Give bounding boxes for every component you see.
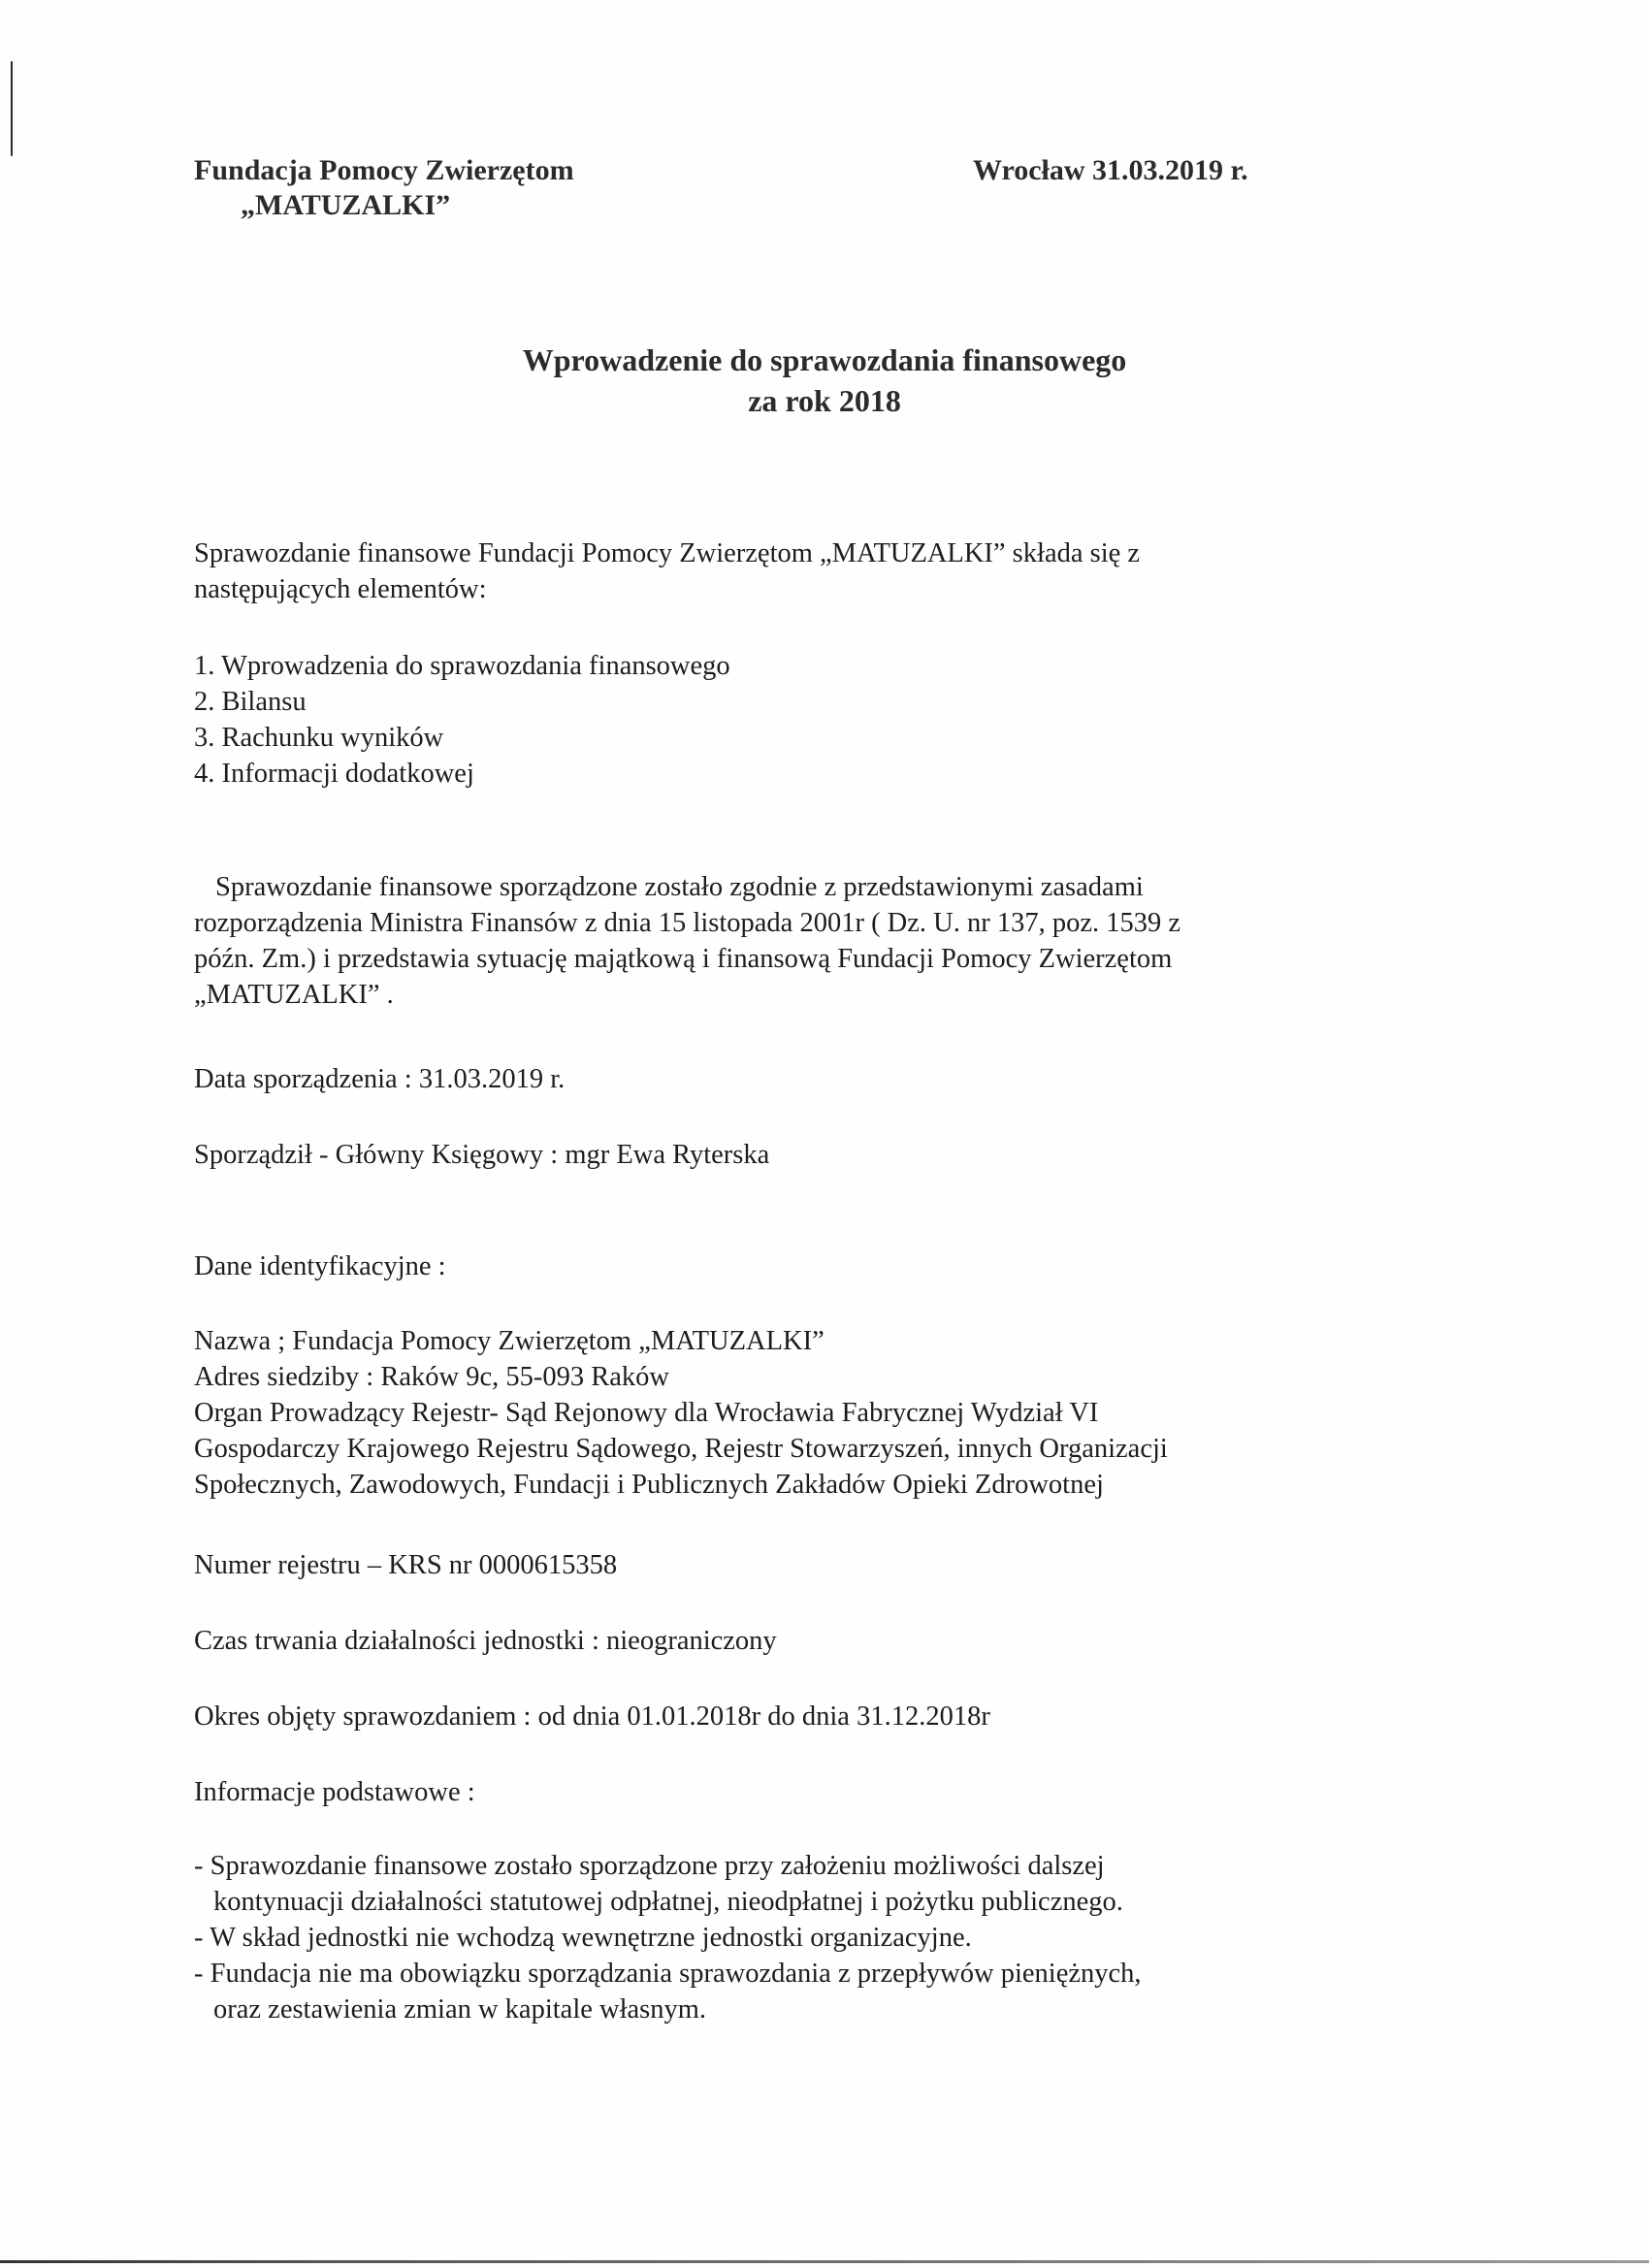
list-item: 1. Wprowadzenia do sprawozdania finansow… xyxy=(194,648,730,684)
organization-header: Fundacja Pomocy Zwierzętom „MATUZALKI” xyxy=(194,153,574,223)
intro-line-1: Sprawozdanie finansowe Fundacji Pomocy Z… xyxy=(194,535,1140,571)
identification-line: Nazwa ; Fundacja Pomocy Zwierzętom „MATU… xyxy=(194,1323,1168,1359)
compliance-paragraph: Sprawozdanie finansowe sporządzone zosta… xyxy=(194,869,1180,1013)
paragraph-line: rozporządzenia Ministra Finansów z dnia … xyxy=(194,905,1180,941)
activity-duration: Czas trwania działalności jednostki : ni… xyxy=(194,1623,777,1659)
prepared-by: Sporządził - Główny Księgowy : mgr Ewa R… xyxy=(194,1137,769,1173)
basic-info-heading: Informacje podstawowe : xyxy=(194,1774,475,1810)
list-item: 2. Bilansu xyxy=(194,684,730,720)
organization-name: Fundacja Pomocy Zwierzętom xyxy=(194,153,574,188)
bullet-item-continuation: kontynuacji działalności statutowej odpł… xyxy=(194,1884,1142,1920)
basic-info-bullets: - Sprawozdanie finansowe zostało sporząd… xyxy=(194,1848,1142,2027)
identification-line: Organ Prowadzący Rejestr- Sąd Rejonowy d… xyxy=(194,1395,1168,1431)
elements-list: 1. Wprowadzenia do sprawozdania finansow… xyxy=(194,648,730,792)
identification-line: Gospodarczy Krajowego Rejestru Sądowego,… xyxy=(194,1431,1168,1467)
prepared-date: Data sporządzenia : 31.03.2019 r. xyxy=(194,1061,565,1097)
identification-heading: Dane identyfikacyjne : xyxy=(194,1248,446,1284)
bullet-item: - Fundacja nie ma obowiązku sporządzania… xyxy=(194,1956,1142,1992)
scan-bottom-edge xyxy=(0,2260,1649,2263)
list-item: 3. Rachunku wyników xyxy=(194,720,730,756)
bullet-item: - Sprawozdanie finansowe zostało sporząd… xyxy=(194,1848,1142,1884)
reporting-period: Okres objęty sprawozdaniem : od dnia 01.… xyxy=(194,1699,990,1734)
title-line-2: za rok 2018 xyxy=(0,380,1649,421)
scanned-document-page: Fundacja Pomocy Zwierzętom „MATUZALKI” W… xyxy=(0,0,1649,2268)
intro-paragraph: Sprawozdanie finansowe Fundacji Pomocy Z… xyxy=(194,535,1140,607)
identification-details: Nazwa ; Fundacja Pomocy Zwierzętom „MATU… xyxy=(194,1323,1168,1503)
intro-line-2: następujących elementów: xyxy=(194,571,1140,607)
paragraph-line: Sprawozdanie finansowe sporządzone zosta… xyxy=(194,869,1180,905)
place-and-date: Wrocław 31.03.2019 r. xyxy=(973,153,1248,188)
organization-short-name: „MATUZALKI” xyxy=(194,188,574,223)
paragraph-line: „MATUZALKI” . xyxy=(194,977,1180,1013)
list-item: 4. Informacji dodatkowej xyxy=(194,756,730,792)
title-line-1: Wprowadzenie do sprawozdania finansowego xyxy=(0,340,1649,380)
identification-line: Społecznych, Zawodowych, Fundacji i Publ… xyxy=(194,1467,1168,1503)
registry-number: Numer rejestru – KRS nr 0000615358 xyxy=(194,1547,617,1583)
bullet-item: - W skład jednostki nie wchodzą wewnętrz… xyxy=(194,1920,1142,1956)
binder-punch-mark xyxy=(11,61,13,156)
paragraph-line: późn. Zm.) i przedstawia sytuację majątk… xyxy=(194,941,1180,977)
bullet-item-continuation: oraz zestawienia zmian w kapitale własny… xyxy=(194,1992,1142,2027)
identification-line: Adres siedziby : Raków 9c, 55-093 Raków xyxy=(194,1359,1168,1395)
document-title: Wprowadzenie do sprawozdania finansowego… xyxy=(0,340,1649,421)
